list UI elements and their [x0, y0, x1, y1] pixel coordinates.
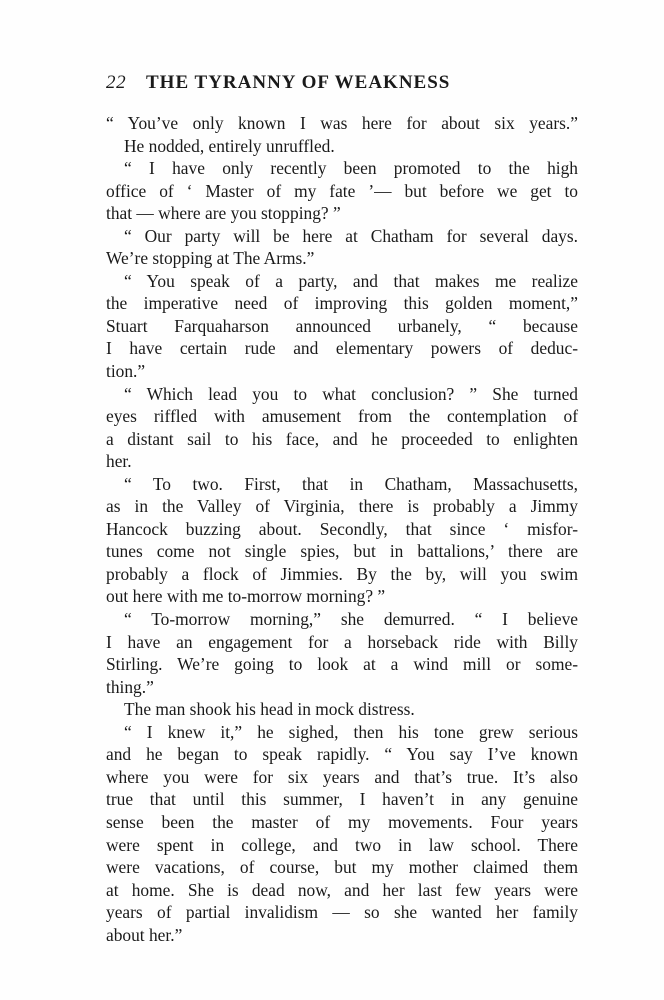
text-line: We’re stopping at The Arms.”	[106, 247, 578, 270]
text-line: years of partial invalidism — so she wan…	[106, 901, 578, 924]
text-line: as in the Valley of Virginia, there is p…	[106, 495, 578, 518]
text-line: I have an engagement for a horseback rid…	[106, 631, 578, 654]
text-line: “ To-morrow morning,” she demurred. “ I …	[106, 608, 578, 631]
text-line: sense been the master of my movements. F…	[106, 811, 578, 834]
text-line: tunes come not single spies, but in batt…	[106, 540, 578, 563]
text-line: “ To two. First, that in Chatham, Massac…	[106, 473, 578, 496]
text-line: “ You speak of a party, and that makes m…	[106, 270, 578, 293]
text-line: “ Which lead you to what conclusion? ” S…	[106, 383, 578, 406]
text-line: were spent in college, and two in law sc…	[106, 834, 578, 857]
text-line: “ I have only recently been promoted to …	[106, 157, 578, 180]
text-line: and he began to speak rapidly. “ You say…	[106, 743, 578, 766]
text-line: about her.”	[106, 924, 578, 947]
text-line: “ I knew it,” he sighed, then his tone g…	[106, 721, 578, 744]
text-line: The man shook his head in mock distress.	[106, 698, 578, 721]
text-line: true that until this summer, I haven’t i…	[106, 788, 578, 811]
text-line: thing.”	[106, 676, 578, 699]
text-line: probably a flock of Jimmies. By the by, …	[106, 563, 578, 586]
body-text: “ You’ve only known I was here for about…	[106, 112, 578, 946]
running-head: 22 THE TYRANNY OF WEAKNESS	[106, 72, 578, 98]
page-number: 22	[106, 72, 126, 94]
book-page: 22 THE TYRANNY OF WEAKNESS “ You’ve only…	[0, 0, 664, 1000]
text-line: were vacations, of course, but my mother…	[106, 856, 578, 879]
text-line: I have certain rude and elementary power…	[106, 337, 578, 360]
text-line: a distant sail to his face, and he proce…	[106, 428, 578, 451]
text-line: “ You’ve only known I was here for about…	[106, 112, 578, 135]
book-title: THE TYRANNY OF WEAKNESS	[146, 72, 450, 94]
text-line: Stuart Farquaharson announced urbanely, …	[106, 315, 578, 338]
text-line: “ Our party will be here at Chatham for …	[106, 225, 578, 248]
text-line: the imperative need of improving this go…	[106, 292, 578, 315]
text-line: He nodded, entirely unruffled.	[106, 135, 578, 158]
text-line: that — where are you stopping? ”	[106, 202, 578, 225]
text-line: out here with me to-morrow morning? ”	[106, 585, 578, 608]
text-line: at home. She is dead now, and her last f…	[106, 879, 578, 902]
text-line: where you were for six years and that’s …	[106, 766, 578, 789]
text-line: Stirling. We’re going to look at a wind …	[106, 653, 578, 676]
text-line: tion.”	[106, 360, 578, 383]
text-line: Hancock buzzing about. Secondly, that si…	[106, 518, 578, 541]
text-line: office of ‘ Master of my fate ’— but bef…	[106, 180, 578, 203]
text-line: eyes riffled with amusement from the con…	[106, 405, 578, 428]
text-line: her.	[106, 450, 578, 473]
